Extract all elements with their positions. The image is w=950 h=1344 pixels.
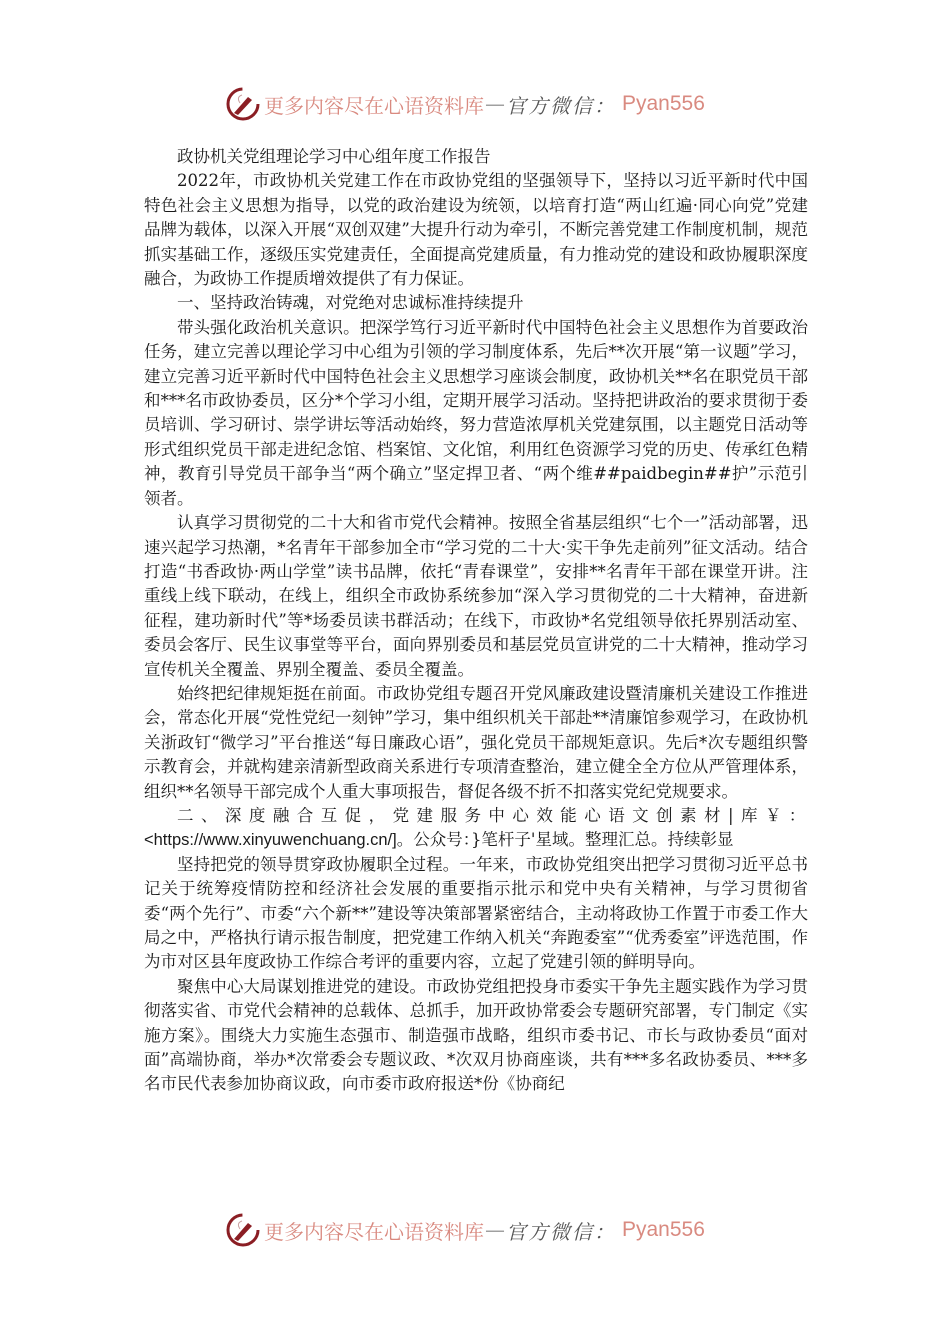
section-heading-2-text: 二、深度融合互促，党建服务中心效能心语文创素材|库￥： [177,806,808,825]
section-heading-2-tail: 。公众号：}笔杆子'星域。整理汇总。持续彰显 [397,830,734,849]
watermark-brand-text: 更多内容尽在心语资料库 [264,90,484,119]
document-body: 政协机关党组理论学习中心组年度工作报告 2022年，市政协机关党建工作在市政协党… [144,145,808,1097]
section-heading-2: 二、深度融合互促，党建服务中心效能心语文创素材|库￥：<https://www.… [144,804,808,853]
quill-pen-logo-icon [226,87,260,121]
section-heading-2-url: <https://www.xinyuwenchuang.cn/] [144,831,397,849]
watermark-dash: — [485,92,505,116]
paragraph-congress-spirit: 认真学习贯彻党的二十大和省市党代会精神。按照全省基层组织“七个一”活动部署，迅速… [144,511,808,682]
watermark-banner-bottom: 更多内容尽在心语资料库 — 官方微信： Pyan556 [226,1210,726,1250]
watermark-wechat-id: Pyan556 [622,92,705,116]
watermark-official-label: 官方微信： [506,1216,616,1245]
watermark-wechat-id: Pyan556 [622,1218,705,1242]
watermark-banner-top: 更多内容尽在心语资料库 — 官方微信： Pyan556 [226,84,726,124]
quill-pen-logo-icon [226,1213,260,1247]
watermark-dash: — [485,1218,505,1242]
watermark-brand-text: 更多内容尽在心语资料库 [264,1216,484,1245]
paragraph-central-focus: 聚焦中心大局谋划推进党的建设。市政协党组把投身市委实干争先主题实践作为学习贯彻落… [144,975,808,1097]
watermark-official-label: 官方微信： [506,90,616,119]
paragraph-party-leadership: 坚持把党的领导贯穿政协履职全过程。一年来，市政协党组突出把学习贯彻习近平总书记关… [144,853,808,975]
paragraph-discipline: 始终把纪律规矩挺在前面。市政协党组专题召开党风廉政建设暨清廉机关建设工作推进会，… [144,682,808,804]
paragraph-intro: 2022年，市政协机关党建工作在市政协党组的坚强领导下，坚持以习近平新时代中国特… [144,169,808,291]
document-title: 政协机关党组理论学习中心组年度工作报告 [144,145,808,169]
section-heading-1: 一、坚持政治铸魂，对党绝对忠诚标准持续提升 [144,291,808,315]
paragraph-political-awareness: 带头强化政治机关意识。把深学笃行习近平新时代中国特色社会主义思想作为首要政治任务… [144,316,808,511]
